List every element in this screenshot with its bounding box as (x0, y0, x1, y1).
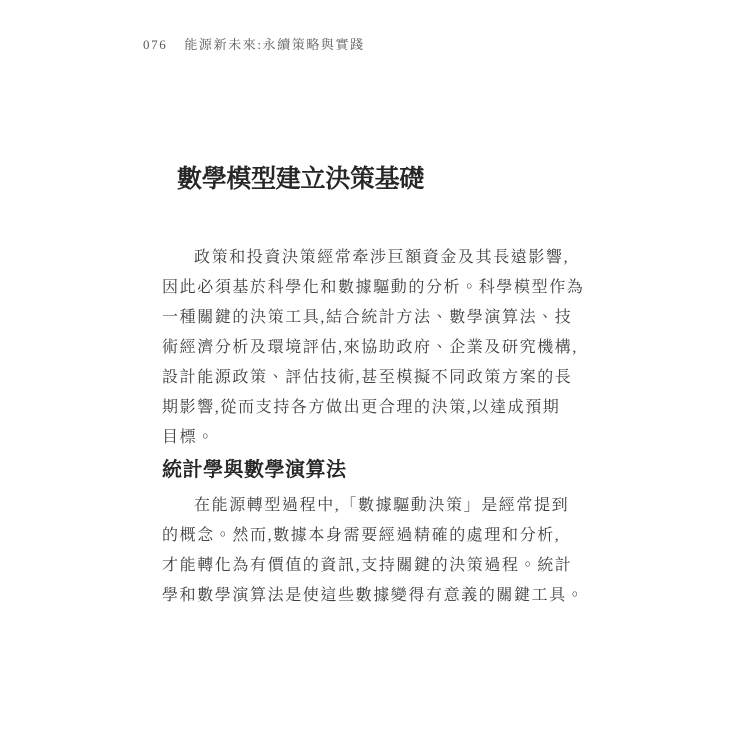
running-book-title: 能源新未來:永續策略與實踐 (184, 34, 364, 53)
paragraph-2: 在能源轉型過程中,「數據驅動決策」是經常提到的概念。然而,數據本身需要經過精確的… (162, 491, 584, 611)
page-header: 076 能源新未來:永續策略與實踐 (143, 34, 365, 53)
paragraph-1: 政策和投資決策經常牽涉巨額資金及其長遠影響,因此必須基於科學化和數據驅動的分析。… (162, 243, 584, 453)
page-number: 076 (143, 37, 167, 53)
book-page: 076 能源新未來:永續策略與實踐 數學模型建立決策基礎 政策和投資決策經常牽涉… (0, 0, 750, 750)
section-heading: 統計學與數學演算法 (162, 458, 347, 482)
chapter-title: 數學模型建立決策基礎 (177, 164, 424, 194)
